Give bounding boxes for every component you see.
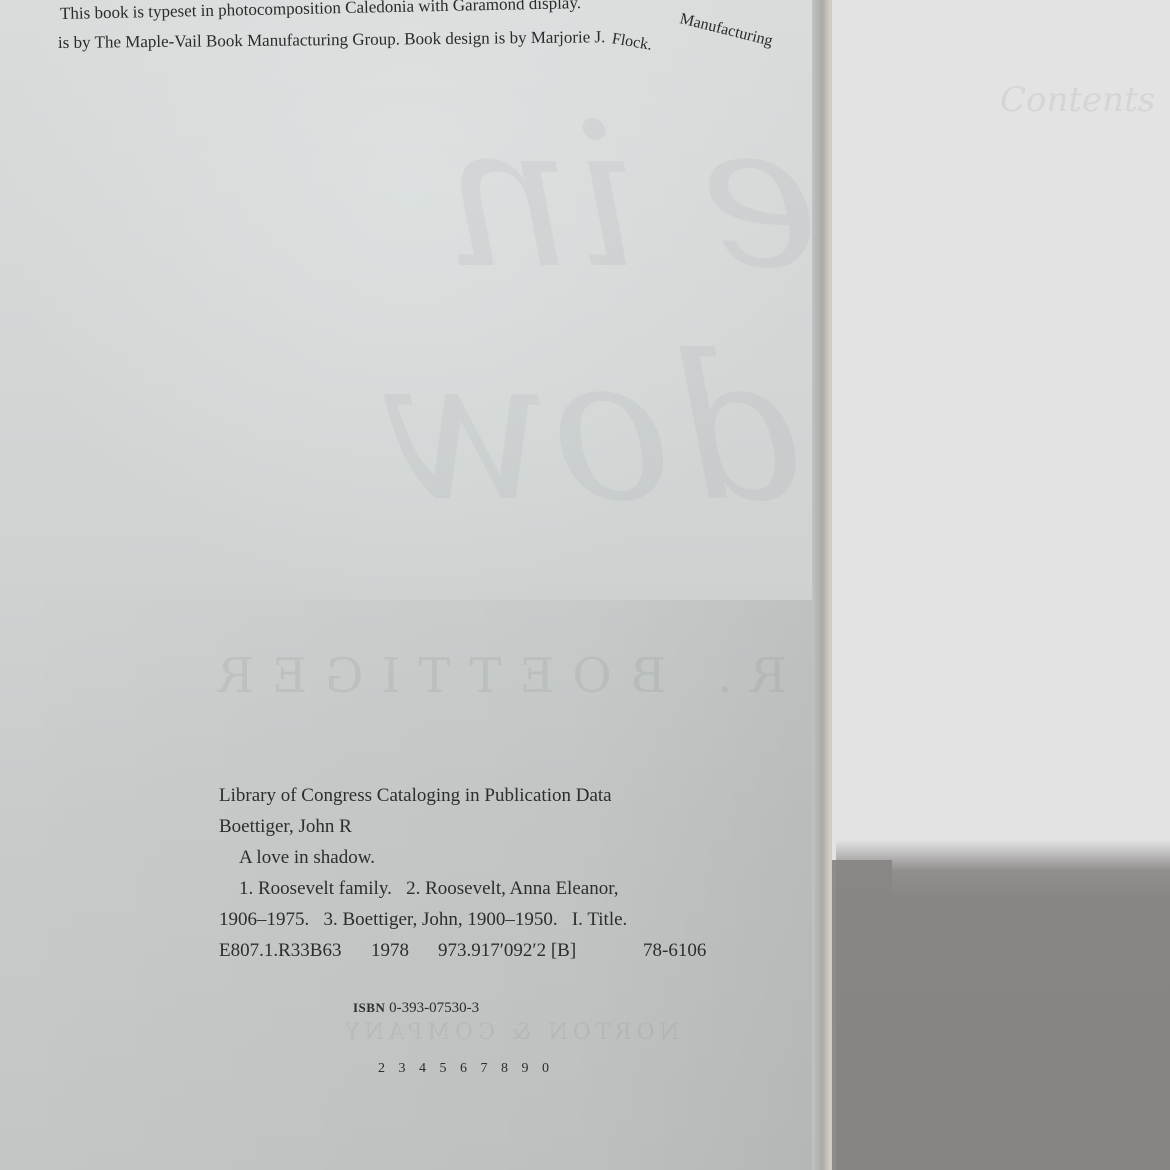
isbn-label: ISBN [353, 1000, 385, 1015]
book-spread-photo: Love in Shadow JOHN R. BOETTIGER NORTON … [0, 0, 1170, 1170]
cip-year: 1978 [371, 935, 438, 966]
cip-classification-row: E807.1.R33B63 1978 973.917′092′2 [B] 78-… [219, 935, 706, 966]
cip-block: Library of Congress Cataloging in Public… [219, 780, 706, 966]
isbn: ISBN 0-393-07530-3 [353, 1000, 479, 1017]
printing-line: 2 3 4 5 6 7 8 9 0 [378, 1061, 554, 1077]
cip-subjects-line-2: 1906–1975. 3. Boettiger, John, 1900–1950… [219, 904, 706, 935]
isbn-value: 0-393-07530-3 [389, 1000, 479, 1016]
cip-heading: Library of Congress Cataloging in Public… [219, 780, 706, 811]
cip-subjects-line-1: 1. Roosevelt family. 2. Roosevelt, Anna … [219, 873, 706, 904]
cip-dewey: 973.917′092′2 [B] [438, 935, 643, 966]
cip-call-number: E807.1.R33B63 [219, 935, 371, 966]
cip-author: Boettiger, John R [219, 811, 706, 842]
cip-title: A love in shadow. [219, 842, 706, 873]
copyright-page [0, 0, 820, 1170]
shadow-region [836, 840, 1170, 1170]
cip-lccn: 78-6106 [643, 935, 706, 966]
